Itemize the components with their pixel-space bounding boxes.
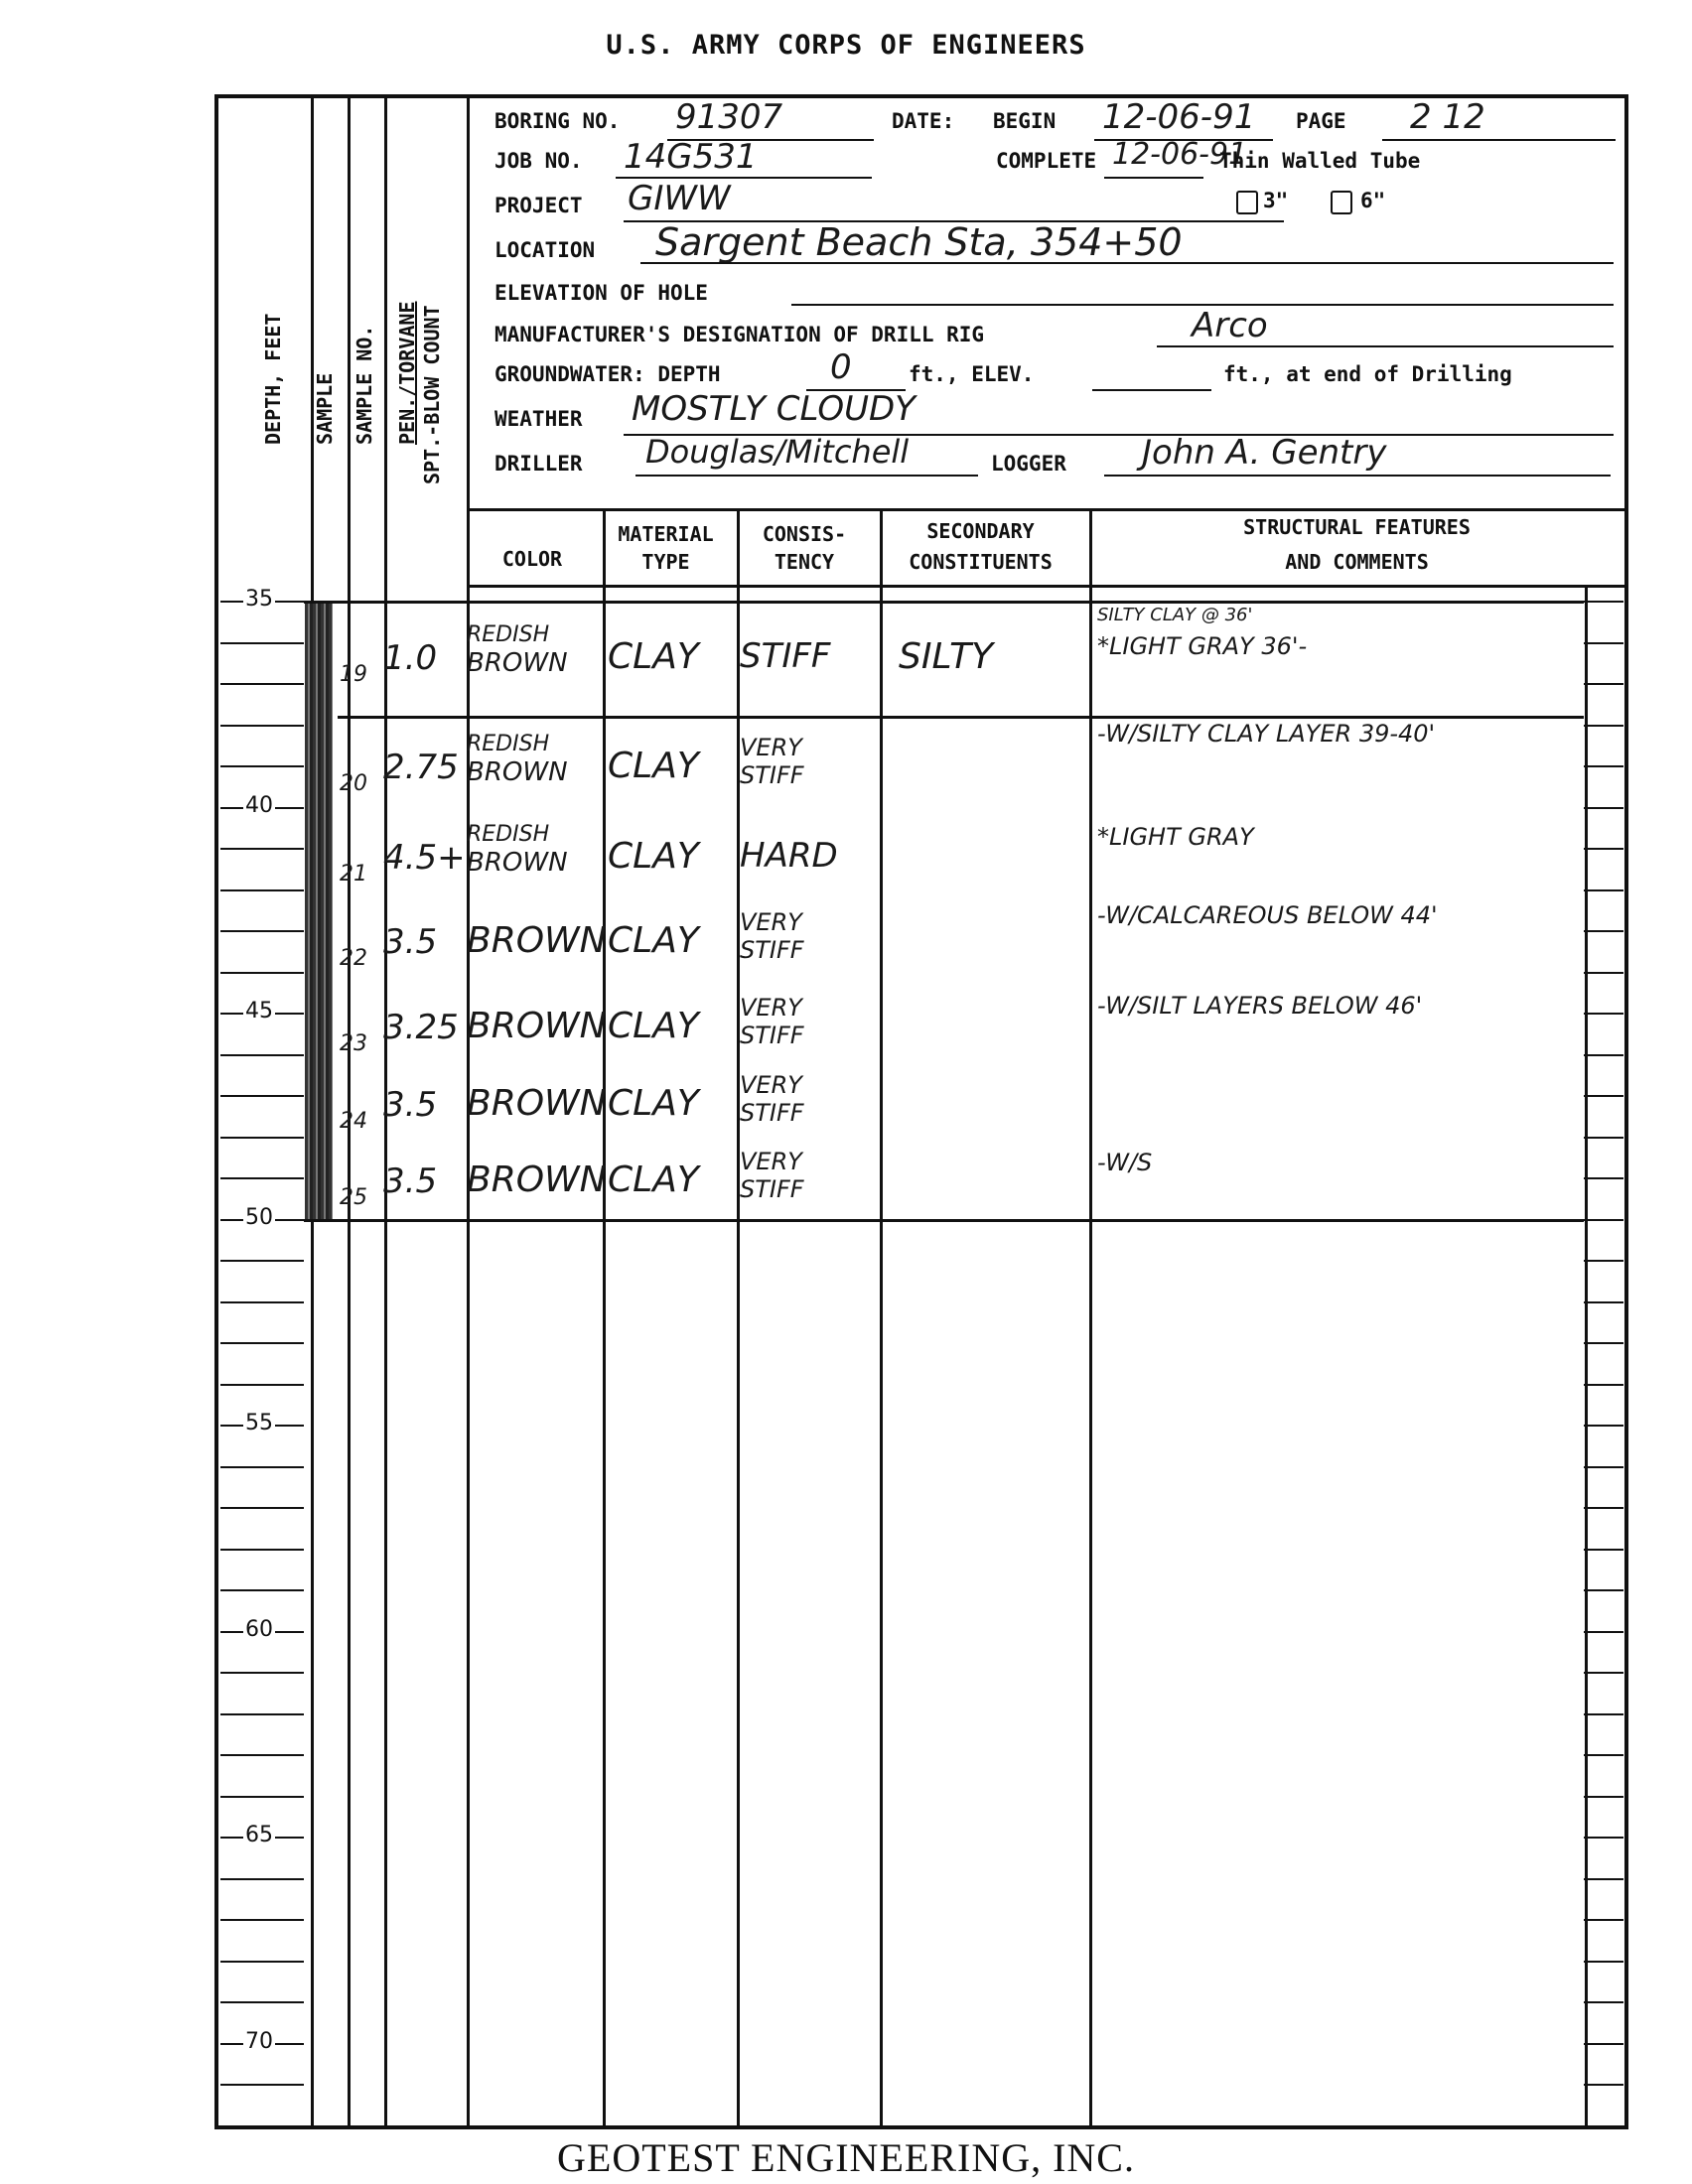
page-label: PAGE: [1296, 109, 1346, 133]
page-value: 2 12: [1410, 97, 1485, 137]
tube-6in-label: 6": [1360, 189, 1385, 212]
depth-label: 55: [243, 1411, 275, 1435]
depth-tick: [220, 1054, 304, 1056]
tube-6in-checkbox[interactable]: [1331, 191, 1352, 214]
right-depth-tick: [1584, 1013, 1623, 1015]
consistency-cell: STIFF: [740, 1022, 804, 1049]
depth-tick: [220, 889, 304, 891]
depth-label: 40: [243, 793, 275, 818]
sample-no-cell: 22: [340, 946, 367, 971]
depth-tick: [220, 972, 304, 974]
colhead-consistency-2: TENCY: [733, 549, 876, 575]
elevation-label: ELEVATION OF HOLE: [494, 281, 708, 305]
depth-tick: [220, 725, 304, 727]
depth-tick: [220, 1878, 304, 1880]
tube-3in-label: 3": [1263, 189, 1288, 212]
col-label-sample-no: SAMPLE NO.: [352, 326, 376, 445]
consistency-cell: STIFF: [740, 1099, 804, 1127]
depth-tick: [220, 2001, 304, 2003]
right-depth-tick: [1584, 2043, 1623, 2045]
consistency-cell: STIFF: [740, 1175, 804, 1203]
material-cell: CLAY: [608, 746, 699, 786]
depth-tick: [220, 1713, 304, 1715]
consistency-cell: STIFF: [740, 936, 804, 964]
col-label-pen-torvane: PEN./TORVANE: [395, 302, 419, 446]
depth-tick: [220, 1301, 304, 1303]
color-cell: BROWN: [467, 920, 607, 961]
colhead-secondary-2: CONSTITUENTS: [876, 549, 1085, 575]
depth-tick: [220, 642, 304, 644]
colhead-structural-1: STRUCTURAL FEATURES: [1085, 514, 1628, 540]
pen-torvane-cell: 4.5+: [383, 838, 466, 878]
right-depth-tick: [1584, 972, 1623, 974]
location-underline: [640, 262, 1614, 264]
col-label-spt-blow-count: SPT.-BLOW COUNT: [420, 305, 444, 484]
right-depth-tick: [1584, 2001, 1623, 2003]
col-label-sample: SAMPLE: [313, 373, 337, 445]
begin-date-value: 12-06-91: [1102, 97, 1255, 137]
material-cell: CLAY: [608, 1083, 699, 1124]
depth-tick: [220, 1095, 304, 1097]
consistency-cell: VERY: [740, 994, 802, 1022]
pen-torvane-cell: 3.5: [383, 922, 437, 962]
colhead-material-1: MATERIAL: [599, 521, 733, 547]
comment-cell: -W/SILTY CLAY LAYER 39-40': [1097, 720, 1435, 748]
depth-tick: [220, 1137, 304, 1139]
comment-cell: -W/S: [1097, 1149, 1152, 1176]
sample-no-cell: 20: [340, 771, 367, 796]
logger-value: John A. Gentry: [1142, 433, 1386, 473]
col-divider-consistency: [880, 508, 883, 2125]
row-bottom-rule: [304, 1219, 1584, 1222]
right-depth-tick: [1584, 765, 1623, 767]
depth-tick: [220, 1796, 304, 1798]
right-depth-tick: [1584, 1549, 1623, 1551]
complete-date-underline: [1104, 177, 1203, 179]
depth-tick: [220, 1672, 304, 1674]
depth-tick: [220, 930, 304, 932]
groundwater-label: GROUNDWATER: DEPTH: [494, 362, 721, 386]
color-cell: BROWN: [467, 1160, 607, 1200]
sample-no-cell: 19: [340, 662, 367, 687]
depth-label: 35: [243, 587, 275, 612]
right-depth-tick: [1584, 1631, 1623, 1633]
right-depth-tick: [1584, 725, 1623, 727]
pen-torvane-cell: 3.5: [383, 1161, 437, 1201]
color-cell: REDISH: [467, 622, 549, 647]
comment-cell: SILTY CLAY @ 36': [1097, 605, 1252, 625]
right-depth-tick: [1584, 1796, 1623, 1798]
weather-value: MOSTLY CLOUDY: [632, 389, 916, 429]
consistency-cell: HARD: [740, 836, 838, 876]
right-depth-tick: [1584, 683, 1623, 685]
comment-cell: *LIGHT GRAY 36'-: [1097, 632, 1307, 660]
sample-no-cell: 25: [340, 1185, 367, 1210]
depth-tick: [220, 683, 304, 685]
colhead-secondary-1: SECONDARY: [876, 518, 1085, 544]
right-depth-tick: [1584, 642, 1623, 644]
depth-label: 60: [243, 1617, 275, 1642]
depth-tick: [220, 765, 304, 767]
right-depth-tick: [1584, 1095, 1623, 1097]
groundwater-ft-elev-label: ft., ELEV.: [909, 362, 1034, 386]
depth-tick: [220, 1507, 304, 1509]
depth-tick: [220, 1177, 304, 1179]
depth-tick: [220, 848, 304, 850]
right-depth-tick: [1584, 1466, 1623, 1468]
col-divider-right-scale: [1585, 585, 1588, 2125]
depth-tick: [220, 1961, 304, 1963]
right-depth-tick: [1584, 2084, 1623, 2086]
right-depth-tick: [1584, 1384, 1623, 1386]
color-cell: BROWN: [467, 1083, 607, 1124]
right-depth-tick: [1584, 1878, 1623, 1880]
depth-label: 65: [243, 1823, 275, 1847]
logger-label: LOGGER: [991, 452, 1066, 476]
comment-cell: -W/SILT LAYERS BELOW 46': [1097, 992, 1422, 1020]
depth-tick: [220, 1260, 304, 1262]
begin-label: BEGIN: [993, 109, 1056, 133]
right-depth-tick: [1584, 1177, 1623, 1179]
consistency-cell: VERY: [740, 908, 802, 936]
col-label-depth: DEPTH, FEET: [261, 314, 285, 445]
material-cell: CLAY: [608, 836, 699, 877]
depth-tick: [220, 1342, 304, 1344]
colhead-rule: [467, 585, 1624, 588]
right-depth-tick: [1584, 1137, 1623, 1139]
right-depth-tick: [1584, 1219, 1623, 1221]
boring-no-label: BORING NO.: [494, 109, 620, 133]
depth-label: 50: [243, 1205, 275, 1230]
depth-tick: [220, 1589, 304, 1591]
right-depth-tick: [1584, 848, 1623, 850]
pen-torvane-cell: 1.0: [383, 638, 437, 678]
rig-underline: [1157, 345, 1614, 347]
location-value: Sargent Beach Sta, 354+50: [655, 220, 1183, 264]
company-footer: GEOTEST ENGINEERING, INC.: [0, 2134, 1692, 2181]
row-top-rule: [304, 601, 1584, 604]
right-depth-tick: [1584, 1919, 1623, 1921]
right-depth-tick: [1584, 1589, 1623, 1591]
comment-cell: -W/CALCAREOUS BELOW 44': [1097, 901, 1438, 929]
pen-torvane-cell: 3.5: [383, 1085, 437, 1125]
boring-no-value: 91307: [675, 97, 782, 137]
color-cell: BROWN: [467, 757, 568, 787]
pen-torvane-cell: 2.75: [383, 748, 459, 787]
depth-tick: [220, 1466, 304, 1468]
sample-recovery-bar: [305, 601, 333, 1219]
weather-label: WEATHER: [494, 407, 583, 431]
depth-tick: [220, 1754, 304, 1756]
sample-no-cell: 21: [340, 862, 367, 887]
driller-value: Douglas/Mitchell: [645, 433, 909, 471]
right-depth-tick: [1584, 1054, 1623, 1056]
depth-tick: [220, 1384, 304, 1386]
consistency-cell: VERY: [740, 734, 802, 761]
tube-3in-checkbox[interactable]: [1236, 191, 1258, 214]
row-rule: [338, 716, 1584, 719]
material-cell: CLAY: [608, 1160, 699, 1200]
job-no-value: 14G531: [624, 137, 758, 177]
colhead-material-2: TYPE: [599, 549, 733, 575]
project-value: GIWW: [628, 179, 731, 218]
material-cell: CLAY: [608, 1006, 699, 1046]
col-divider-color: [603, 508, 606, 2125]
right-depth-tick: [1584, 601, 1623, 603]
sample-no-cell: 24: [340, 1109, 367, 1134]
complete-label: COMPLETE: [996, 149, 1096, 173]
right-depth-tick: [1584, 1672, 1623, 1674]
secondary-constituents-cell: SILTY: [899, 636, 993, 677]
pen-torvane-cell: 3.25: [383, 1008, 459, 1047]
consistency-cell: VERY: [740, 1071, 802, 1099]
right-depth-tick: [1584, 1507, 1623, 1509]
depth-label: 45: [243, 999, 275, 1024]
right-depth-tick: [1584, 1260, 1623, 1262]
right-depth-tick: [1584, 1837, 1623, 1839]
depth-tick: [220, 1549, 304, 1551]
page-underline: [1382, 139, 1616, 141]
header-rule: [467, 508, 1624, 511]
right-depth-tick: [1584, 1713, 1623, 1715]
job-no-label: JOB NO.: [494, 149, 583, 173]
rig-label: MANUFACTURER'S DESIGNATION OF DRILL RIG: [494, 323, 984, 346]
color-cell: REDISH: [467, 732, 549, 756]
sample-no-cell: 23: [340, 1031, 367, 1056]
comment-cell: *LIGHT GRAY: [1097, 823, 1254, 851]
color-cell: BROWN: [467, 1006, 607, 1046]
colhead-consistency-1: CONSIS-: [733, 521, 876, 547]
project-label: PROJECT: [494, 194, 583, 217]
color-cell: BROWN: [467, 648, 568, 678]
right-depth-tick: [1584, 807, 1623, 809]
logger-underline: [1104, 475, 1611, 477]
colhead-structural-2: AND COMMENTS: [1085, 549, 1628, 575]
color-cell: BROWN: [467, 848, 568, 878]
material-cell: CLAY: [608, 636, 699, 677]
tube-label: Thin Walled Tube: [1219, 149, 1420, 173]
depth-tick: [220, 1919, 304, 1921]
driller-underline: [635, 475, 978, 477]
right-depth-tick: [1584, 1301, 1623, 1303]
right-depth-tick: [1584, 1425, 1623, 1427]
right-depth-tick: [1584, 1961, 1623, 1963]
groundwater-elev-underline: [1092, 389, 1211, 391]
groundwater-depth-value: 0: [830, 347, 852, 387]
groundwater-end-label: ft., at end of Drilling: [1223, 362, 1512, 386]
consistency-cell: STIFF: [740, 636, 831, 676]
depth-tick: [220, 2084, 304, 2086]
driller-label: DRILLER: [494, 452, 583, 476]
right-depth-tick: [1584, 1342, 1623, 1344]
col-divider-secondary: [1089, 508, 1092, 2125]
agency-title: U.S. ARMY CORPS OF ENGINEERS: [0, 30, 1692, 61]
date-label: DATE:: [892, 109, 954, 133]
colhead-color: COLOR: [466, 546, 599, 572]
location-label: LOCATION: [494, 238, 595, 262]
material-cell: CLAY: [608, 920, 699, 961]
depth-label: 70: [243, 2029, 275, 2054]
right-depth-tick: [1584, 930, 1623, 932]
consistency-cell: STIFF: [740, 761, 804, 789]
color-cell: REDISH: [467, 822, 549, 847]
right-depth-tick: [1584, 1754, 1623, 1756]
consistency-cell: VERY: [740, 1148, 802, 1175]
right-depth-tick: [1584, 889, 1623, 891]
rig-value: Arco: [1192, 306, 1268, 345]
